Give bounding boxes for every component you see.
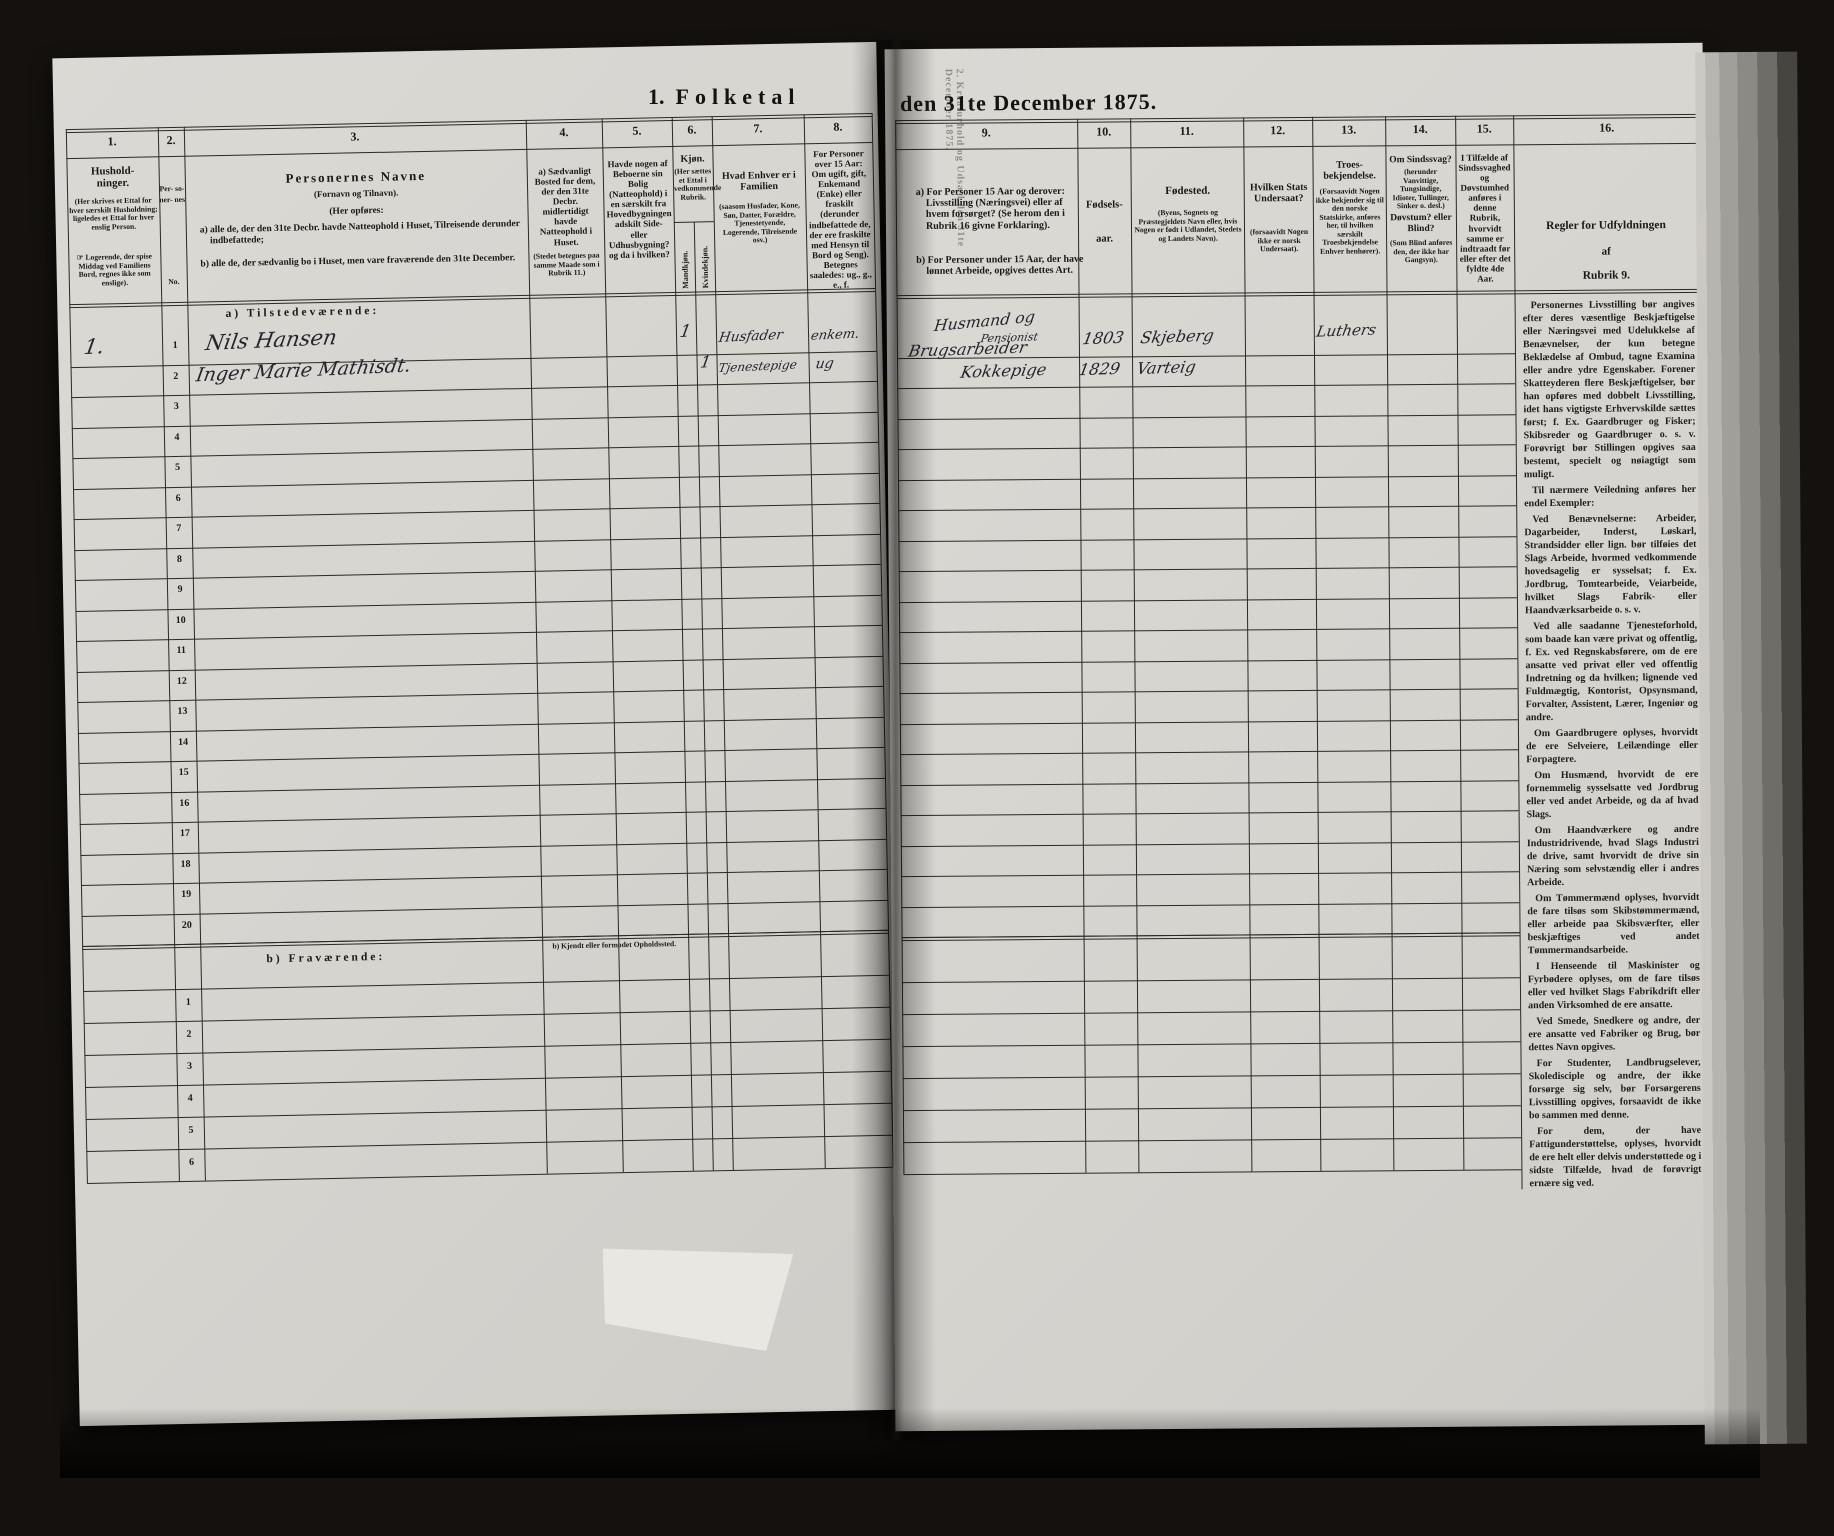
person-number: 18 bbox=[172, 858, 198, 870]
column-number-c14: 14. bbox=[1385, 122, 1455, 138]
grid-line bbox=[899, 566, 1517, 572]
col1-title-line1: Hushold- bbox=[91, 165, 135, 178]
person-number: 9 bbox=[167, 584, 193, 596]
person-number: 19 bbox=[173, 889, 199, 901]
entry1-birth-year: 1803 bbox=[1081, 328, 1125, 348]
entry1-birthplace: Skjeberg bbox=[1139, 326, 1215, 347]
col16-title-line1: Regler for Udfyldningen bbox=[1516, 219, 1696, 232]
section-present-label: a) Tilstedeværende: bbox=[225, 305, 379, 320]
grid-line bbox=[1077, 119, 1086, 1173]
col14-note2: (Som Blind anføres den, der ikke har Gan… bbox=[1388, 239, 1454, 265]
instruction-paragraph: Ved Smede, Snedkere og andre, der ere an… bbox=[1528, 1014, 1700, 1054]
scanned-census-spread: Hushold- ninger. (Her skrives et Ettal f… bbox=[0, 0, 1834, 1536]
column-number-c15: 15. bbox=[1455, 121, 1513, 136]
grid-line bbox=[85, 1071, 891, 1088]
grid-line bbox=[903, 1073, 1521, 1079]
person-number: 6 bbox=[165, 492, 191, 504]
entry2-family-position: Tjenestepige bbox=[717, 357, 798, 375]
entry1-male-mark: 1 bbox=[678, 321, 692, 342]
col10-line2: aar. bbox=[1078, 233, 1131, 245]
person-number: 17 bbox=[172, 828, 198, 840]
instruction-paragraph: For dem, der have Fattigunderstøttelse, … bbox=[1529, 1124, 1702, 1190]
book-page-edges bbox=[1695, 52, 1807, 1445]
grid-line bbox=[80, 838, 886, 855]
grid-line bbox=[83, 975, 889, 992]
grid-line bbox=[80, 808, 886, 825]
title-word: Folketal bbox=[676, 84, 801, 109]
col1-body: (Her skrives et Ettal for hver særskilt … bbox=[68, 196, 159, 232]
column-number-c6: 6. bbox=[672, 122, 712, 138]
instruction-paragraph: Ved alle saadanne Tjenesteforhold, som b… bbox=[1525, 619, 1698, 724]
grid-line bbox=[75, 564, 881, 581]
column-number-c12: 12. bbox=[1243, 123, 1312, 139]
instruction-paragraph: Personernes Livsstilling bør angives eft… bbox=[1523, 298, 1696, 481]
grid-line bbox=[898, 505, 1516, 511]
grid-line bbox=[69, 291, 875, 308]
person-number-absent: 3 bbox=[177, 1061, 203, 1073]
col6-female-label: Kvindekjøn. bbox=[700, 226, 710, 288]
entry2-birth-year: 1829 bbox=[1077, 359, 1121, 379]
col9-item-b: b) For Personer under 15 Aar, der have l… bbox=[914, 254, 1084, 278]
grid-line bbox=[899, 627, 1517, 633]
grid-line bbox=[897, 383, 1515, 389]
page-title-right: den 31te December 1875. bbox=[900, 89, 1157, 117]
col11-title: Fødested. bbox=[1134, 184, 1242, 197]
grid-line bbox=[78, 716, 884, 733]
grid-line bbox=[1130, 118, 1139, 1172]
grid-line bbox=[82, 933, 888, 950]
col10-line1: Fødsels- bbox=[1078, 199, 1131, 211]
instruction-paragraph: Om Tømmermænd oplyses, hvorvidt de fare … bbox=[1527, 891, 1700, 957]
grid-line bbox=[902, 1009, 1520, 1015]
col2-header: Per- so- ner- nes bbox=[159, 184, 185, 206]
col14-question2: Døvstum? eller Blind? bbox=[1388, 213, 1454, 235]
grid-line bbox=[79, 777, 885, 794]
person-number: 2 bbox=[163, 370, 189, 382]
grid-line bbox=[74, 533, 880, 550]
col11-note: (Byens, Sognets og Præstegjeldets Navn e… bbox=[1134, 208, 1242, 243]
grid-line bbox=[898, 536, 1516, 542]
col13-title-line2: bekjendelse. bbox=[1323, 171, 1376, 182]
title-number: 1. bbox=[648, 84, 665, 109]
entry2-occupation: Kokkepige bbox=[959, 360, 1048, 382]
column-number-c4: 4. bbox=[526, 124, 602, 141]
person-number: 11 bbox=[168, 645, 194, 657]
grid-line bbox=[72, 411, 878, 428]
grid-line bbox=[901, 810, 1519, 816]
col9-item-a: a) For Personer 15 Aar og derover: Livss… bbox=[914, 186, 1084, 232]
column-number-c1: 1. bbox=[66, 133, 158, 150]
instruction-paragraph: Til nærmere Veiledning anføres her endel… bbox=[1524, 483, 1696, 510]
person-number: 14 bbox=[170, 736, 196, 748]
grid-line bbox=[84, 1039, 890, 1056]
grid-line bbox=[902, 977, 1520, 983]
grid-line bbox=[86, 1103, 892, 1120]
entry2-name: Inger Marie Mathisdt. bbox=[194, 354, 412, 386]
grid-line bbox=[602, 118, 624, 1172]
col15-header: I Tilfælde af Sindssvaghed og Døvstumhed… bbox=[1457, 152, 1512, 283]
entry1-family-position: Husfader bbox=[718, 327, 784, 346]
col7-note: (saasom Husfader, Kone, Søn, Datter, For… bbox=[715, 201, 804, 245]
col6-male-label: Mandkjøn. bbox=[680, 227, 690, 289]
right-page: 2. Kreaturhold og Udsæd den 31te Decembe… bbox=[885, 43, 1714, 1431]
grid-line bbox=[74, 503, 880, 520]
col6-note: (Her sættes et Ettal i vedkommende Rubri… bbox=[674, 167, 713, 202]
person-number-absent: 6 bbox=[178, 1157, 204, 1169]
grid-line bbox=[71, 381, 877, 398]
left-page: Hushold- ninger. (Her skrives et Ettal f… bbox=[52, 42, 903, 1426]
column-number-c10: 10. bbox=[1077, 124, 1130, 139]
col16-title-line2: af bbox=[1516, 245, 1696, 258]
grid-line bbox=[898, 475, 1516, 481]
col1-note: ☞ Logerende, der spise Middag ved Famili… bbox=[69, 252, 160, 288]
grid-line bbox=[82, 930, 888, 947]
instruction-paragraph: Om Haandværkere og andre Industridrivend… bbox=[1527, 823, 1700, 889]
instruction-paragraph: Om Husmænd, hvorvidt de ere fornemmelig … bbox=[1526, 768, 1698, 821]
grid-line bbox=[901, 902, 1519, 908]
person-number: 7 bbox=[166, 523, 192, 535]
grid-line bbox=[77, 686, 883, 703]
col3-title: Personernes Navne bbox=[195, 167, 517, 188]
entry2-female-mark: 1 bbox=[699, 352, 712, 372]
entry2-marital-status: ug bbox=[814, 356, 835, 373]
grid-line bbox=[1243, 117, 1252, 1171]
page-title-left: 1. Folketal bbox=[648, 84, 801, 110]
col16-instructions: Personernes Livsstilling bør angives eft… bbox=[1523, 298, 1702, 1193]
col2-header-no: No. bbox=[161, 278, 187, 287]
col13-note: (Forsaavidt Nogen ikke bekjender sig til… bbox=[1315, 187, 1386, 256]
col16-title-line3: Rubrik 9. bbox=[1516, 269, 1696, 282]
instruction-paragraph: I Henseende til Maskinister og Fyrbødere… bbox=[1528, 959, 1700, 1012]
section-absent-residence: b) Kjendt eller formodet Opholdssted. bbox=[544, 940, 684, 951]
person-number: 4 bbox=[164, 431, 190, 443]
person-number-absent: 4 bbox=[177, 1093, 203, 1105]
entry1-religion: Luthers bbox=[1315, 321, 1378, 341]
col14-question1: Om Sindssvag? bbox=[1387, 155, 1453, 166]
person-number: 5 bbox=[164, 462, 190, 474]
grid-line bbox=[903, 1137, 1521, 1143]
grid-line bbox=[901, 871, 1519, 877]
col4-note: (Stedet betegnes paa samme Maade som i R… bbox=[532, 251, 600, 278]
column-number-c13: 13. bbox=[1312, 122, 1385, 138]
grid-line bbox=[900, 688, 1518, 694]
grid-line bbox=[72, 442, 878, 459]
grid-line bbox=[902, 1041, 1520, 1047]
col3-opfoeres: (Her opføres: bbox=[195, 203, 517, 220]
column-number-c11: 11. bbox=[1130, 123, 1243, 139]
person-number: 3 bbox=[163, 401, 189, 413]
grid-line bbox=[900, 719, 1518, 725]
person-number: 13 bbox=[169, 706, 195, 718]
grid-line bbox=[900, 780, 1518, 786]
entry2-birthplace: Varteig bbox=[1135, 357, 1197, 378]
section-absent-label: b) Fraværende: bbox=[266, 951, 385, 965]
person-number: 10 bbox=[168, 614, 194, 626]
col12-note: (forsaavidt Nogen ikke er norsk Undersaa… bbox=[1246, 228, 1312, 254]
grid-line bbox=[903, 1169, 1521, 1175]
person-number: 12 bbox=[169, 675, 195, 687]
person-number-absent: 5 bbox=[178, 1125, 204, 1137]
column-number-c5: 5. bbox=[602, 123, 672, 139]
col5-header: Havde nogen af Beboerne sin Bolig (Natte… bbox=[605, 158, 671, 260]
col14-note1: (herunder Vanvittige, Tungsindige, Idiot… bbox=[1388, 168, 1454, 211]
grid-line bbox=[73, 472, 879, 489]
entry1-name: Nils Hansen bbox=[204, 325, 339, 355]
grid-line bbox=[86, 1135, 892, 1152]
col4-header: a) Sædvanligt Bosted for dem, der den 31… bbox=[531, 165, 601, 247]
grid-line bbox=[69, 288, 875, 305]
column-number-c7: 7. bbox=[712, 120, 804, 137]
col3-subtitle: (Fornavn og Tilnavn). bbox=[195, 185, 517, 202]
grid-line bbox=[77, 655, 883, 672]
grid-line bbox=[901, 841, 1519, 847]
grid-line bbox=[900, 749, 1518, 755]
col13-title-line1: Troes- bbox=[1336, 159, 1363, 170]
grid-line bbox=[82, 899, 888, 916]
person-number-absent: 1 bbox=[175, 997, 201, 1009]
col1-title-line2: ninger. bbox=[97, 177, 130, 190]
grid-line bbox=[895, 143, 1700, 150]
person-number: 15 bbox=[171, 767, 197, 779]
instruction-paragraph: Om Gaardbrugere oplyses, hvorvidt de ere… bbox=[1526, 726, 1698, 766]
person-number: 16 bbox=[171, 797, 197, 809]
instruction-paragraph: Ved Benævnelserne: Arbeider, Dagarbeider… bbox=[1524, 512, 1697, 617]
col3-item-b: b) alle de, der sædvanlig bo i Huset, me… bbox=[198, 253, 530, 270]
col6-title: Kjøn. bbox=[673, 153, 711, 165]
col3-item-a: a) alle de, der den 31te Decbr. havde Na… bbox=[198, 219, 530, 247]
book-gutter-shadow bbox=[852, 40, 936, 1440]
grid-line bbox=[712, 116, 734, 1170]
person-number-absent: 2 bbox=[176, 1029, 202, 1041]
col13-title: Troes- bekjendelse. bbox=[1314, 159, 1384, 182]
col7-title: Hvad Enhver er i Familien bbox=[715, 169, 803, 193]
col12-title: Hvilken Stats Undersaat? bbox=[1246, 182, 1312, 205]
entry1-household: 1. bbox=[82, 334, 106, 359]
grid-line bbox=[898, 444, 1516, 450]
grid-line bbox=[81, 869, 887, 886]
instruction-paragraph: For Studenter, Landbrugselever, Skoledis… bbox=[1529, 1056, 1702, 1122]
grid-line bbox=[899, 597, 1517, 603]
grid-line bbox=[897, 414, 1515, 420]
grid-line bbox=[899, 658, 1517, 664]
column-number-c16: 16. bbox=[1513, 120, 1700, 136]
person-number: 20 bbox=[174, 919, 200, 931]
grid-line bbox=[87, 1167, 893, 1184]
grid-line bbox=[1385, 116, 1394, 1170]
column-number-c2: 2. bbox=[158, 133, 184, 149]
grid-line bbox=[1312, 117, 1321, 1171]
col1-header: Hushold- ninger. bbox=[69, 164, 157, 190]
person-number: 8 bbox=[166, 553, 192, 565]
grid-line bbox=[903, 1105, 1521, 1111]
grid-line bbox=[76, 625, 882, 642]
grid-line bbox=[75, 594, 881, 611]
grid-line bbox=[84, 1007, 890, 1024]
person-number: 1 bbox=[162, 340, 188, 352]
grid-line bbox=[79, 747, 885, 764]
